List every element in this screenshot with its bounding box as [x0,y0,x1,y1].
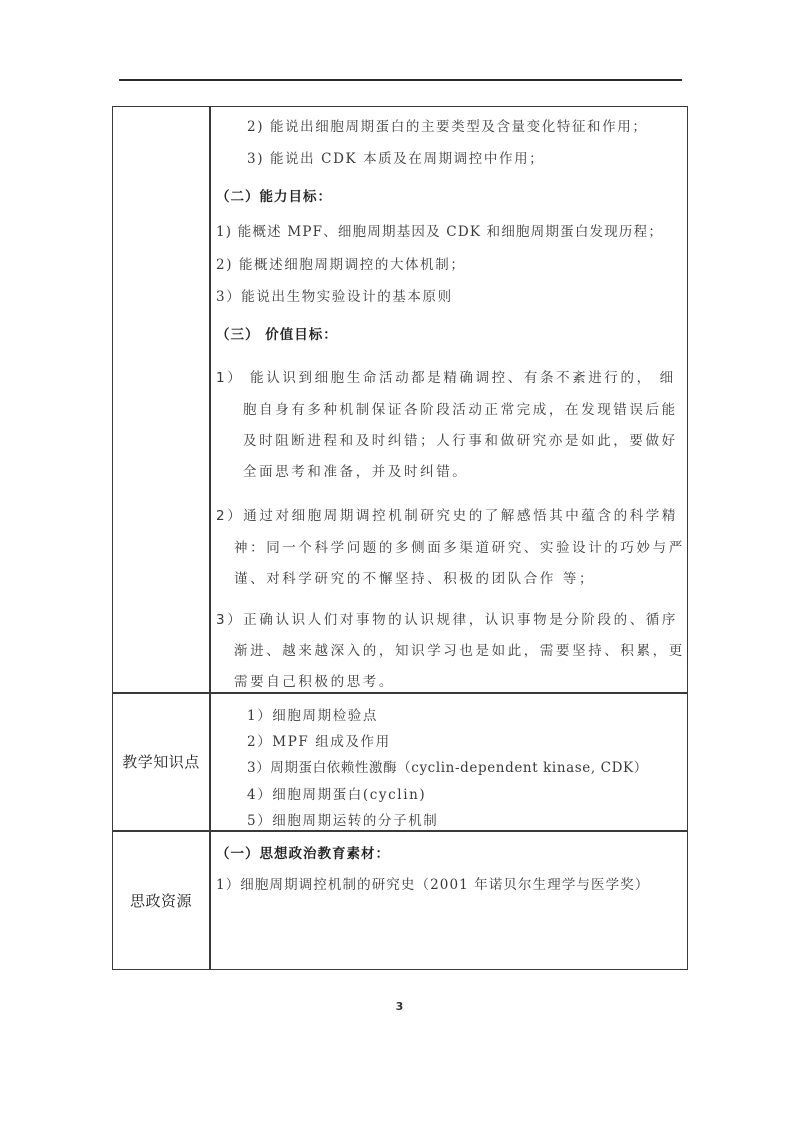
value-objective-line: 需要自己积极的思考。 [234,670,395,690]
knowledge-points-label: 教学知识点 [113,693,209,830]
table-column-divider [209,106,211,970]
value-objective-line: 渐进、越来越深入的，知识学习也是如此，需要坚持、积累，更 [234,639,685,659]
knowledge-objective-item: 2) 能说出细胞周期蛋白的主要类型及含量变化特征和作用； [247,115,647,135]
knowledge-point-item: 2）MPF 组成及作用 [247,730,391,750]
ability-objectives-heading: （二）能力目标： [216,185,332,205]
ideological-resources-label: 思政资源 [113,831,209,970]
ability-objective-item: 3）能说出生物实验设计的基本原则 [216,285,453,305]
ideological-materials-heading: （一）思想政治教育素材： [216,842,390,862]
ability-objective-item: 1) 能概述 MPF、细胞周期基因及 CDK 和细胞周期蛋白发现历程； [216,220,663,240]
value-objective-line: 1） 能认识到细胞生命活动都是精确调控、有条不紊进行的， 细 [216,366,676,386]
value-objective-line: 2）通过对细胞周期调控机制研究史的了解感悟其中蕴含的科学精 [216,504,678,524]
value-objective-line: 全面思考和准备，并及时纠错。 [243,460,468,480]
knowledge-point-item: 3）周期蛋白依赖性激酶（cyclin-dependent kinase, CDK… [247,756,648,776]
header-rule [119,79,682,81]
ability-objective-item: 2) 能概述细胞周期调控的大体机制； [216,253,465,273]
page-number: 3 [0,1000,799,1013]
value-objective-line: 谨、对科学研究的不懈坚持、积极的团队合作 等； [234,567,595,587]
ideological-material-item: 1）细胞周期调控机制的研究史（2001 年诺贝尔生理学与医学奖） [216,873,649,893]
knowledge-objective-item: 3) 能说出 CDK 本质及在周期调控中作用； [247,147,544,167]
value-objective-line: 神：同一个科学问题的多侧面多渠道研究、实验设计的巧妙与严 [234,536,685,556]
value-objective-line: 3）正确认识人们对事物的认识规律，认识事物是分阶段的、循序 [216,608,678,628]
knowledge-point-item: 5）细胞周期运转的分子机制 [247,809,438,829]
knowledge-point-item: 4）细胞周期蛋白(cyclin) [247,783,426,803]
value-objective-line: 胞自身有多种机制保证各阶段活动正常完成，在发现错误后能 [243,398,678,418]
value-objective-line: 及时阻断进程和及时纠错；人行事和做研究亦是如此，要做好 [243,429,678,449]
knowledge-point-item: 1）细胞周期检验点 [247,704,378,724]
value-objectives-heading: （三） 价值目标： [216,323,338,343]
